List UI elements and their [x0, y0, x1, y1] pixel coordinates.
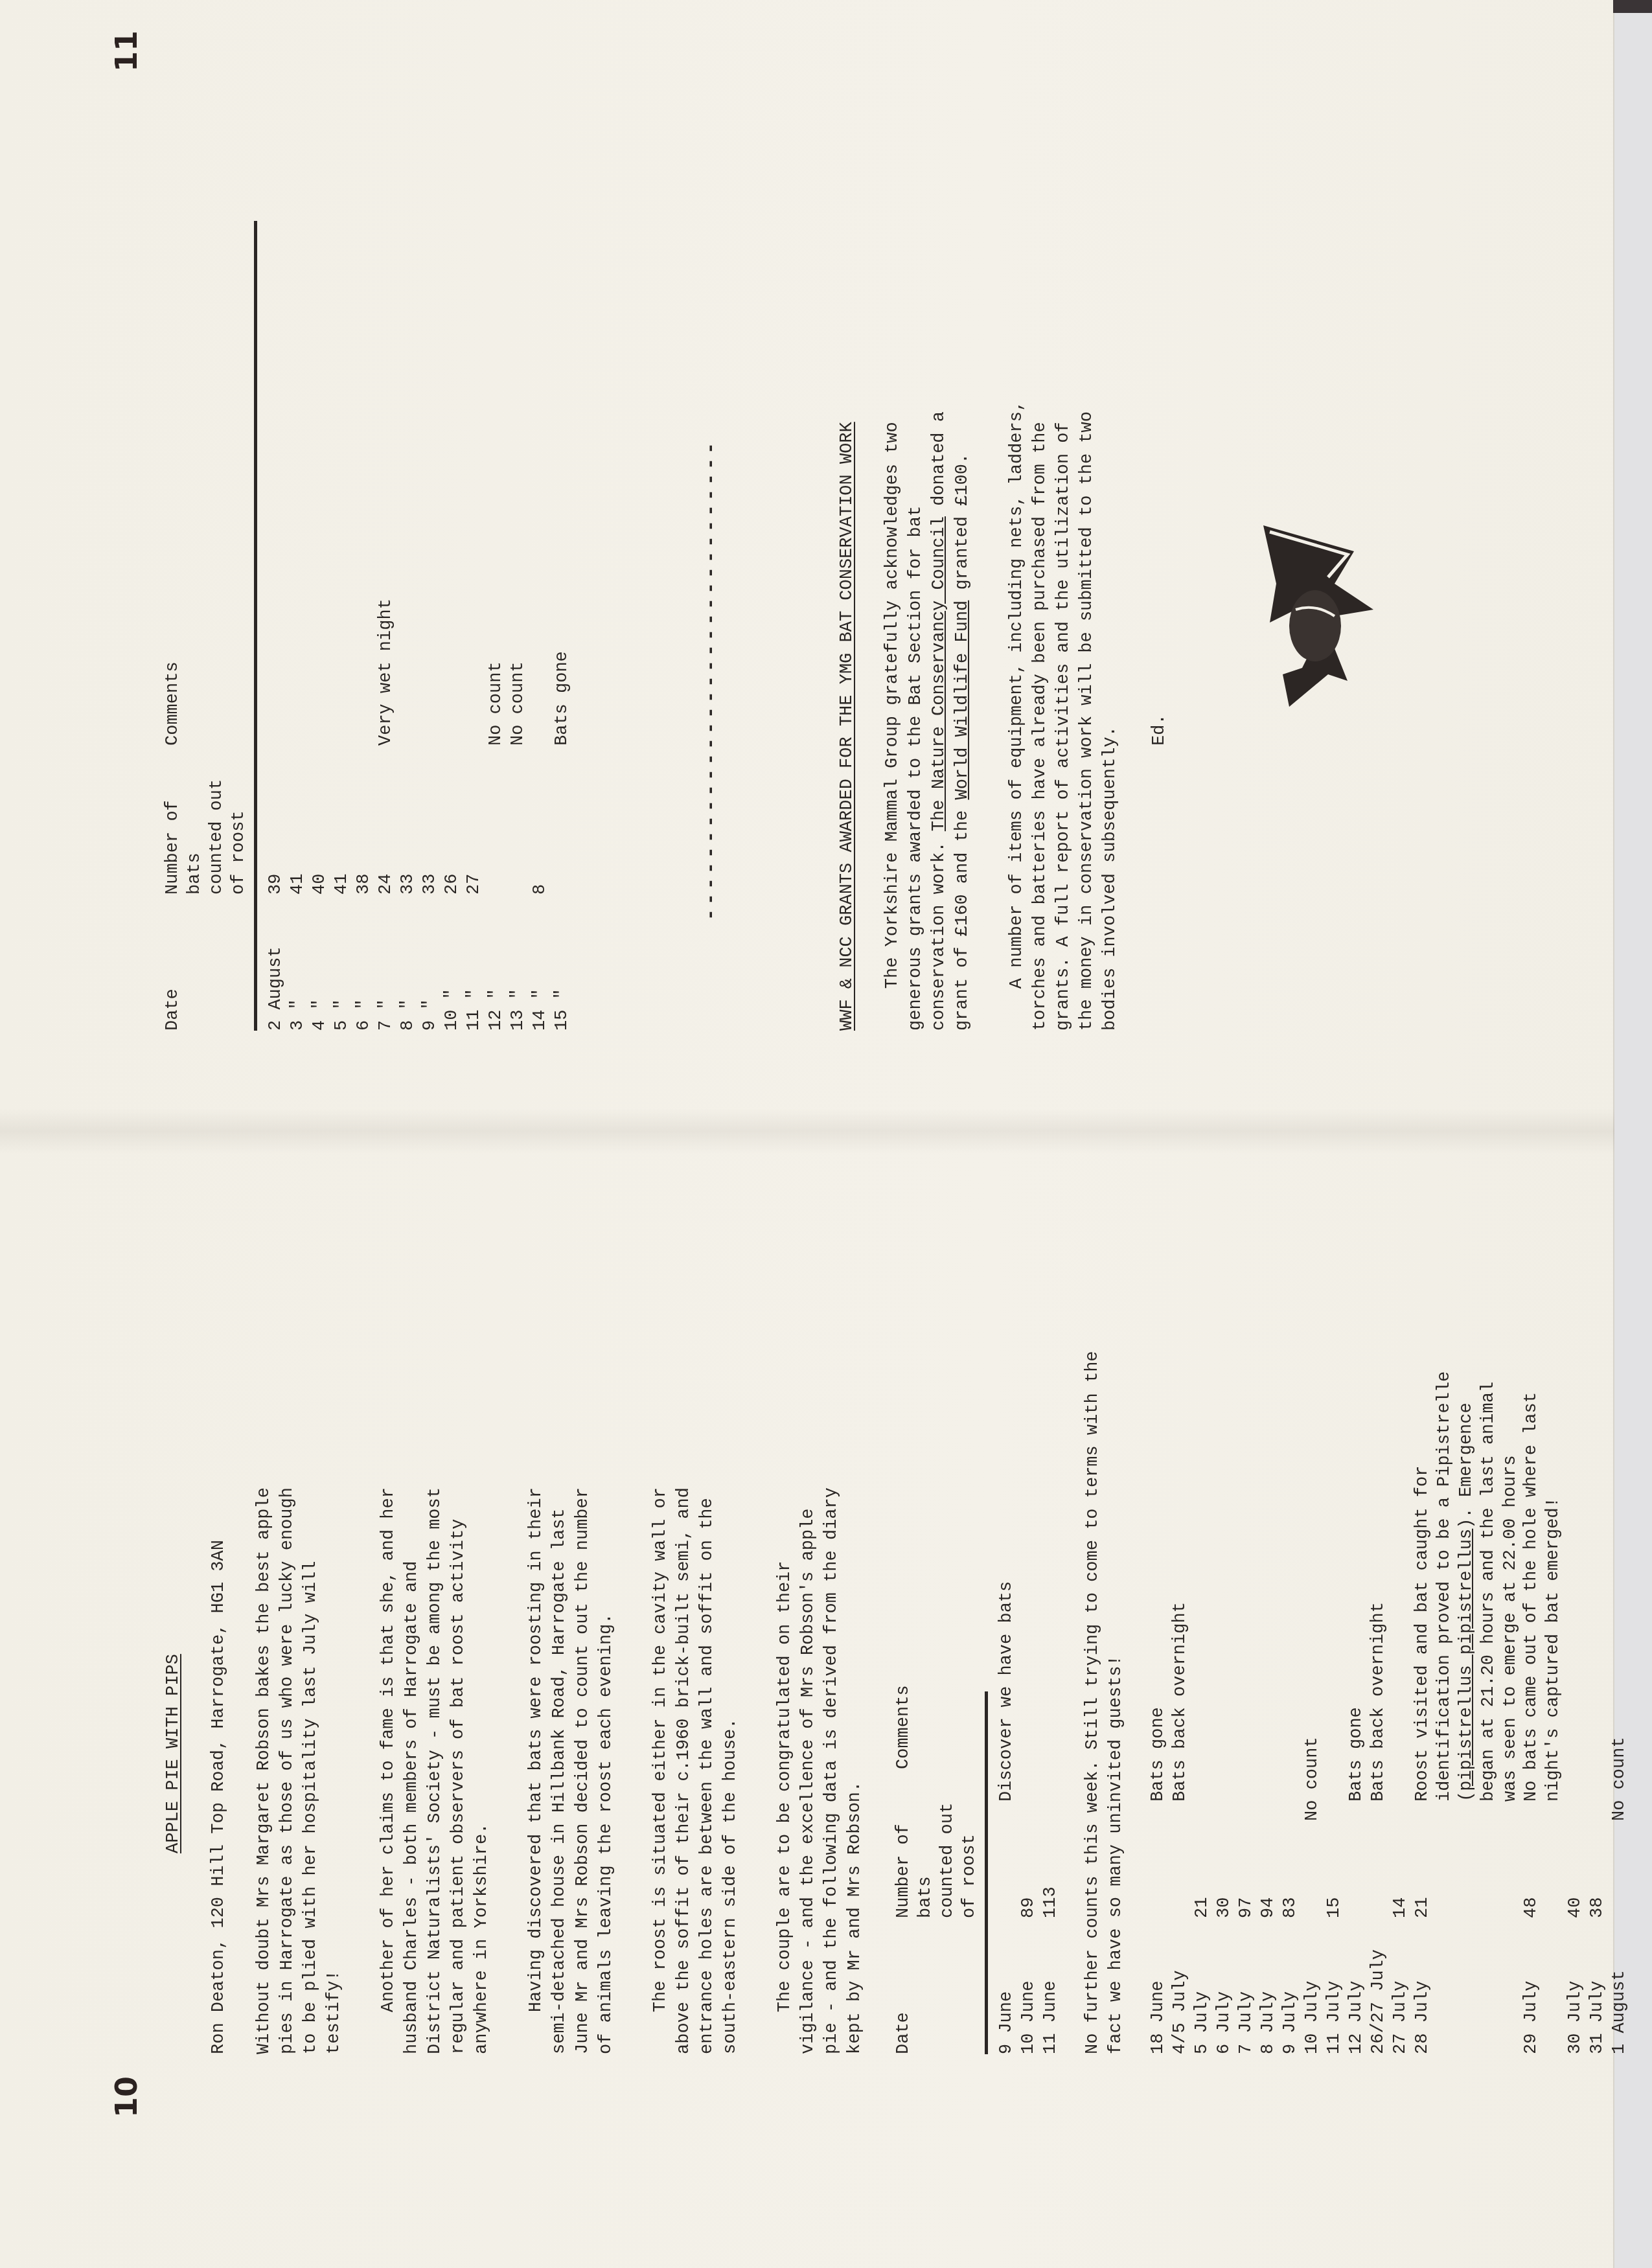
cell-date: 13 ": [507, 895, 529, 1031]
table-row: 12 "No count: [485, 124, 507, 1031]
cell-date: 5 July: [1191, 1918, 1213, 2054]
cell-date: 27 July: [1390, 1918, 1412, 2054]
table-row: 15 "Bats gone: [551, 124, 573, 1031]
table-row: 30 July40: [1565, 1212, 1587, 2054]
table-row: 9 "33: [419, 124, 441, 1031]
header-rule: [254, 221, 257, 1031]
cell-count: [1169, 1840, 1191, 1918]
cell-comment: Bats back overnight: [1169, 1602, 1191, 1802]
table-row: 18 JuneBats gone: [1147, 1212, 1169, 2054]
header-comments: Comments: [162, 661, 250, 746]
cell-count: [1147, 1840, 1169, 1918]
page-number: 11: [109, 30, 144, 72]
table-row: 5 July21: [1191, 1212, 1213, 2054]
cell-date: 5 ": [331, 895, 353, 1031]
booklet-spread: 10 APPLE PIE WITH PIPS Ron Deaton, 120 H…: [0, 0, 1614, 2268]
cell-count: 21: [1412, 1840, 1522, 1918]
paragraph-2: Another of her claims to fame is that sh…: [377, 1471, 494, 2054]
cell-count: [1368, 1840, 1390, 1918]
table-row: 7 "24Very wet night: [375, 124, 397, 1031]
table-row: 4/5 JulyBats back overnight: [1169, 1212, 1191, 2054]
table-row: 28 July21Roost visited and bat caught fo…: [1412, 1212, 1522, 2054]
paragraph-4: The roost is situated either in the cavi…: [649, 1432, 742, 2054]
table-row: 4 "40: [309, 124, 331, 1031]
cell-date: 10 ": [441, 895, 463, 1031]
bat-count-table-august: Date Number of bats counted out of roost…: [162, 124, 573, 1031]
cell-count: [996, 1840, 1018, 1918]
cell-date: 28 July: [1412, 1918, 1522, 2054]
header-count: Number of bats counted out of roost: [162, 778, 250, 895]
byline: Ron Deaton, 120 Hill Top Road, Harrogate…: [207, 1406, 231, 2054]
table-rows-july: 18 JuneBats gone4/5 JulyBats back overni…: [1147, 1212, 1631, 2054]
table-row: 9 JuneDiscover we have bats: [996, 1212, 1018, 2054]
table-row: 10 JulyNo count: [1302, 1212, 1324, 2054]
table-row: 1 AugustNo count: [1609, 1212, 1631, 2054]
header-comments: Comments: [893, 1685, 981, 1769]
cell-date: 7 ": [375, 895, 397, 1031]
scanner-corner: [1613, 0, 1652, 13]
cell-count: 113: [1040, 1840, 1062, 1918]
table-row: 11 July15: [1324, 1212, 1346, 2054]
cell-count: [1609, 1840, 1631, 1918]
cell-count: 26: [441, 817, 463, 895]
cell-comment: Bats gone: [1346, 1707, 1368, 1802]
cell-comment: Discover we have bats: [996, 1581, 1018, 1802]
cell-count: [507, 817, 529, 895]
cell-comment: No count: [1609, 1737, 1631, 1821]
table-row: 31 July38: [1587, 1212, 1609, 2054]
cell-comment: Roost visited and bat caught for identif…: [1412, 1371, 1522, 1802]
cell-comment: Bats gone: [551, 651, 573, 746]
table-row: 9 July83: [1279, 1212, 1302, 2054]
table-rows-august: 2 August393 "414 "405 "416 "387 "24Very …: [265, 124, 573, 1031]
header-date: Date: [893, 1918, 981, 2054]
cell-comment: No bats came out of the hole where last …: [1520, 1392, 1565, 1802]
cell-count: 27: [463, 817, 485, 895]
table-row: 8 July94: [1257, 1212, 1279, 2054]
table-row: 5 "41: [331, 124, 353, 1031]
cell-date: 18 June: [1147, 1918, 1169, 2054]
cell-count: 15: [1324, 1840, 1346, 1918]
cell-comment: Bats gone: [1147, 1707, 1169, 1802]
table-row: 2 August39: [265, 124, 287, 1031]
table-row: 13 "No count: [507, 124, 529, 1031]
cell-count: 14: [1390, 1840, 1412, 1918]
cell-date: 9 ": [419, 895, 441, 1031]
cell-comment: No count: [1302, 1737, 1324, 1821]
cell-date: 4 ": [309, 895, 331, 1031]
cell-date: 14 ": [529, 895, 551, 1031]
cell-count: 33: [397, 817, 419, 895]
section-separator: -------------------------------: [700, 439, 723, 921]
cell-count: [485, 817, 507, 895]
article-title: WWF & NCC GRANTS AWARDED FOR THE YMG BAT…: [836, 383, 859, 1031]
cell-count: [1302, 1840, 1324, 1918]
cell-date: 6 July: [1213, 1918, 1235, 2054]
cell-date: 8 ": [397, 895, 419, 1031]
cell-date: 10 June: [1018, 1918, 1040, 2054]
table-rows-june: 9 JuneDiscover we have bats10 June8911 J…: [996, 1212, 1062, 2054]
flying-bat-illustration: [1205, 448, 1416, 785]
table-row: 8 "33: [397, 124, 419, 1031]
table-row: 7 July97: [1235, 1212, 1257, 2054]
cell-count: 40: [1565, 1840, 1587, 1918]
page-10: 10 APPLE PIE WITH PIPS Ron Deaton, 120 H…: [0, 1134, 1614, 2268]
table-row: 29 July48No bats came out of the hole wh…: [1520, 1212, 1565, 2054]
org-wwf: World Wildlife Fund: [953, 601, 972, 800]
header-date: Date: [162, 895, 250, 1031]
cell-date: 26/27 July: [1368, 1918, 1390, 2054]
cell-comment: Bats back overnight: [1368, 1602, 1390, 1802]
cell-date: 6 ": [353, 895, 375, 1031]
header-count: Number of bats counted out of roost: [893, 1802, 981, 1918]
table-row: 27 July14: [1390, 1212, 1412, 2054]
cell-count: 40: [309, 817, 331, 895]
paragraph-1: The Yorkshire Mammal Group gratefully ac…: [881, 383, 974, 1031]
cell-date: 29 July: [1520, 1918, 1565, 2054]
cell-date: 12 ": [485, 895, 507, 1031]
bat-icon: [1205, 448, 1412, 785]
article-grants: WWF & NCC GRANTS AWARDED FOR THE YMG BAT…: [836, 383, 1171, 1031]
cell-date: 12 July: [1346, 1918, 1368, 2054]
table-row: 10 "26: [441, 124, 463, 1031]
cell-count: 83: [1279, 1840, 1302, 1918]
header-rule: [985, 1691, 988, 2054]
article-title: APPLE PIE WITH PIPS: [162, 1406, 185, 1853]
cell-count: 8: [529, 817, 551, 895]
table-row: 11 June113: [1040, 1212, 1062, 2054]
cell-count: 39: [265, 817, 287, 895]
cell-date: 4/5 July: [1169, 1918, 1191, 2054]
cell-count: 48: [1520, 1840, 1565, 1918]
cell-count: 97: [1235, 1840, 1257, 1918]
table-row: 3 "41: [287, 124, 309, 1031]
cell-count: 24: [375, 817, 397, 895]
cell-count: 41: [331, 817, 353, 895]
bat-count-table-june-july: Date Number of bats counted out of roost…: [893, 1212, 1631, 2054]
cell-count: 30: [1213, 1840, 1235, 1918]
cell-count: 38: [1587, 1840, 1609, 1918]
cell-date: 9 July: [1279, 1918, 1302, 2054]
species-name: pipistrellus pipistrellus: [1457, 1529, 1476, 1791]
cell-date: 7 July: [1235, 1918, 1257, 2054]
table-row: 12 JulyBats gone: [1346, 1212, 1368, 2054]
cell-date: 1 August: [1609, 1918, 1631, 2054]
table-row: 11 "27: [463, 124, 485, 1031]
cell-date: 30 July: [1565, 1918, 1587, 2054]
cell-comment: Very wet night: [375, 599, 397, 746]
interlude-note: No further counts this week. Still tryin…: [1081, 1342, 1128, 2054]
table-row: 26/27 JulyBats back overnight: [1368, 1212, 1390, 2054]
cell-count: 38: [353, 817, 375, 895]
table-header: Date Number of bats counted out of roost…: [893, 1212, 988, 2054]
cell-comment: No count: [507, 661, 529, 746]
table-row: 10 June89: [1018, 1212, 1040, 2054]
cell-count: 41: [287, 817, 309, 895]
cell-date: 11 July: [1324, 1918, 1346, 2054]
paragraph-1: Without doubt Mrs Margaret Robson bakes …: [253, 1471, 346, 2054]
article-apple-pie: APPLE PIE WITH PIPS Ron Deaton, 120 Hill…: [162, 1406, 1631, 2054]
cell-date: 15 ": [551, 895, 573, 1031]
cell-date: 2 August: [265, 895, 287, 1031]
table-header: Date Number of bats counted out of roost…: [162, 124, 257, 1031]
cell-count: 89: [1018, 1840, 1040, 1918]
cell-date: 9 June: [996, 1918, 1018, 2054]
para1-text-end: granted £100.: [953, 453, 972, 601]
table-row: 6 "38: [353, 124, 375, 1031]
page-number: 10: [109, 2076, 144, 2118]
table-row: 6 July30: [1213, 1212, 1235, 2054]
paragraph-5: The couple are to be congratulated on th…: [774, 1471, 867, 2054]
page-11: 11 Date Number of bats counted out of ro…: [0, 0, 1614, 1134]
table-row: 14 "8: [529, 124, 551, 1031]
org-ncc: The Nature Conservancy Council: [930, 516, 949, 831]
cell-count: [551, 817, 573, 895]
cell-count: 21: [1191, 1840, 1213, 1918]
paragraph-2: A number of items of equipment, includin…: [1005, 383, 1122, 1031]
cell-date: 3 ": [287, 895, 309, 1031]
cell-count: 94: [1257, 1840, 1279, 1918]
signature: Ed.: [1148, 383, 1171, 746]
cell-date: 10 July: [1302, 1918, 1324, 2054]
cell-date: 11 June: [1040, 1918, 1062, 2054]
cell-date: 31 July: [1587, 1918, 1609, 2054]
cell-comment: No count: [485, 661, 507, 746]
cell-count: 33: [419, 817, 441, 895]
cell-date: 11 ": [463, 895, 485, 1031]
cell-date: 8 July: [1257, 1918, 1279, 2054]
cell-count: [1346, 1840, 1368, 1918]
paragraph-3: Having discovered that bats were roostin…: [525, 1471, 618, 2054]
